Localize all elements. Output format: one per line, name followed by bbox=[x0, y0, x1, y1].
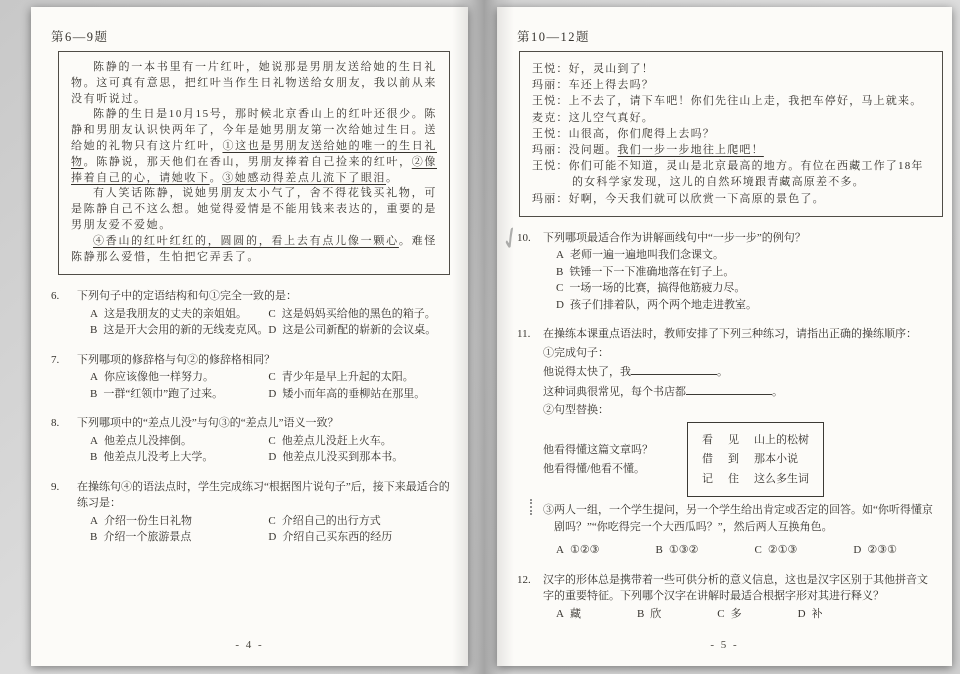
option-D: D补 bbox=[798, 606, 823, 623]
option-label: B bbox=[556, 266, 563, 278]
substitution-cell: 这么多生词 bbox=[754, 471, 809, 488]
substitution-word-box: 看见山上的松树借到那本小说记住这么多生词 bbox=[687, 422, 824, 498]
dialogue-line: 王悦：好，灵山到了！ bbox=[532, 61, 930, 77]
option-C: C多 bbox=[717, 606, 741, 623]
option-A: A藏 bbox=[556, 606, 581, 623]
dialogue-line: 王悦：山很高，你们爬得上去吗？ bbox=[532, 126, 930, 142]
substitution-cell: 山上的松树 bbox=[754, 432, 809, 449]
question-6: 6.下列句子中的定语结构和句①完全一致的是：A这是我朋友的丈夫的亲姐姐。B这是开… bbox=[51, 288, 454, 339]
option-A: A他差点儿没摔倒。 bbox=[90, 433, 268, 450]
option-label: C bbox=[268, 308, 275, 320]
question-stem: 汉字的形体总是携带着一些可供分析的意义信息，这也是汉字区别于其他拼音文字的重要特… bbox=[543, 572, 938, 605]
substitution-cell: 看 bbox=[702, 432, 713, 449]
option-label: B bbox=[637, 608, 644, 620]
question-7: 7.下列哪项的修辞格与句②的修辞格相同？A你应该像他一样努力。B一群“红领巾”跑… bbox=[51, 352, 454, 403]
option-D: D他差点儿没买到那本书。 bbox=[268, 449, 454, 466]
option-list: A这是我朋友的丈夫的亲姐姐。B这是开大会用的新的无线麦克风。C这是妈妈买给他的黑… bbox=[90, 306, 454, 339]
option-text: 一群“红领巾”跑了过来。 bbox=[103, 388, 223, 400]
option-list: A你应该像他一样努力。B一群“红领巾”跑了过来。C青少年是早上升起的太阳。D矮小… bbox=[90, 369, 454, 402]
section-header-left: 第6—9题 bbox=[51, 27, 468, 45]
page-5: ✓ 第10—12题 王悦：好，灵山到了！玛丽：车还上得去吗？王悦：上不去了，请下… bbox=[497, 7, 952, 666]
question-number: 12. bbox=[517, 572, 543, 623]
option-A: A老师一遍一遍地叫我们念课文。 bbox=[556, 247, 938, 264]
question-stem: 下列哪项的修辞格与句②的修辞格相同？ bbox=[77, 352, 454, 369]
option-C: C②①③ bbox=[754, 542, 797, 559]
option-label: B bbox=[90, 388, 97, 400]
option-label: A bbox=[556, 249, 564, 261]
option-text: ①③② bbox=[669, 544, 699, 556]
option-D: D介绍自己买东西的经历 bbox=[268, 529, 454, 546]
question-10: 10.下列哪项最适合作为讲解画线句中“一步一步”的例句？A老师一遍一遍地叫我们念… bbox=[517, 230, 938, 314]
option-D: D这是公司新配的崭新的会议桌。 bbox=[268, 322, 454, 339]
option-label: B bbox=[656, 544, 663, 556]
text-segment: 。 bbox=[386, 172, 399, 184]
substitution-cell: 住 bbox=[728, 471, 739, 488]
dialogue-passage-box: 王悦：好，灵山到了！玛丽：车还上得去吗？王悦：上不去了，请下车吧！你们先往山上走… bbox=[519, 51, 943, 217]
option-label: D bbox=[268, 324, 276, 336]
option-label: D bbox=[268, 388, 276, 400]
option-text: 青少年是早上升起的太阳。 bbox=[282, 371, 414, 383]
page-number-right: - 5 - bbox=[497, 639, 952, 651]
underlined-sentence: ③她感动得差点儿流下了眼泪 bbox=[222, 172, 386, 184]
substitution-row: 记住这么多生词 bbox=[702, 471, 809, 488]
option-text: 矮小而年高的垂柳站在那里。 bbox=[282, 388, 425, 400]
fill-in-post-text: 。 bbox=[772, 386, 783, 398]
option-text: 多 bbox=[731, 608, 742, 620]
underlined-sentence: 我们一步一步地往上爬吧！ bbox=[617, 144, 763, 156]
option-D: D②③① bbox=[853, 542, 897, 559]
question-11-part2-title: ②句型替换： bbox=[543, 402, 938, 419]
option-text: 孩子们排着队，两个两个地走进教室。 bbox=[570, 299, 757, 311]
option-A: A介绍一份生日礼物 bbox=[90, 513, 268, 530]
question-8: 8.下列哪项中的“差点儿没”与句③的“差点儿”语义一致？A他差点儿没摔倒。B他差… bbox=[51, 415, 454, 466]
fill-in-post-text: 。 bbox=[717, 366, 728, 378]
pattern-substitution-row: 他看得懂这篇文章吗？他看得懂/他看不懂。 看见山上的松树借到那本小说记住这么多生… bbox=[543, 422, 938, 498]
option-text: 他差点儿没买到那本书。 bbox=[282, 451, 403, 463]
option-label: A bbox=[90, 515, 98, 527]
question-11-answer-options: A①②③B①③②C②①③D②③① bbox=[556, 542, 938, 559]
substitution-cell: 借 bbox=[702, 451, 713, 468]
option-label: A bbox=[90, 371, 98, 383]
text-segment: 山很高，你们爬得上去吗？ bbox=[569, 128, 715, 140]
option-C: C介绍自己的出行方式 bbox=[268, 513, 454, 530]
text-segment: 上不去了，请下车吧！你们先往山上走，我把车停好，马上就来。 bbox=[569, 95, 923, 107]
option-label: B bbox=[90, 324, 97, 336]
speaker-label: 王悦： bbox=[532, 128, 569, 140]
substitution-cell: 见 bbox=[728, 432, 739, 449]
question-body: 下列哪项最适合作为讲解画线句中“一步一步”的例句？A老师一遍一遍地叫我们念课文。… bbox=[543, 230, 938, 314]
passage-paragraph: ④香山的红叶红红的，圆圆的，看上去有点儿像一颗心。难怪陈静那么爱惜，生怕把它弄丢… bbox=[71, 234, 437, 266]
option-B: B①③② bbox=[656, 542, 699, 559]
question-11-part1-title: ①完成句子： bbox=[543, 345, 938, 362]
section-header-right: 第10—12题 bbox=[517, 27, 952, 45]
option-text: 这是妈妈买给他的黑色的箱子。 bbox=[282, 308, 436, 320]
text-segment: 陈静的一本书里有一片红叶，她说那是男朋友送给她的生日礼物。这可真有意思，把红叶当… bbox=[71, 61, 437, 105]
text-segment: 好啊，今天我们就可以欣赏一下高原的景色了。 bbox=[569, 193, 825, 205]
option-list: A介绍一份生日礼物B介绍一个旅游景点C介绍自己的出行方式D介绍自己买东西的经历 bbox=[90, 513, 454, 546]
speaker-label: 王悦： bbox=[532, 63, 569, 75]
option-label: C bbox=[268, 435, 275, 447]
substitution-cell: 到 bbox=[728, 451, 739, 468]
question-body: 汉字的形体总是携带着一些可供分析的意义信息，这也是汉字区别于其他拼音文字的重要特… bbox=[543, 572, 938, 623]
option-text: 介绍自己的出行方式 bbox=[282, 515, 381, 527]
page-number-left: - 4 - bbox=[31, 639, 468, 651]
dialogue-line: 王悦：你们可能不知道，灵山是北京最高的地方。有位在西藏工作了18年的女科学家发现… bbox=[532, 158, 930, 190]
option-B: B铁锤一下一下准确地落在钉子上。 bbox=[556, 264, 938, 281]
option-C: C这是妈妈买给他的黑色的箱子。 bbox=[268, 306, 454, 323]
option-A: A你应该像他一样努力。 bbox=[90, 369, 268, 386]
text-segment: 这儿空气真好。 bbox=[569, 112, 654, 124]
option-label: C bbox=[556, 282, 563, 294]
question-stem: 下列哪项最适合作为讲解画线句中“一步一步”的例句？ bbox=[543, 230, 938, 247]
option-label: D bbox=[268, 451, 276, 463]
question-body: 下列句子中的定语结构和句①完全一致的是：A这是我朋友的丈夫的亲姐姐。B这是开大会… bbox=[77, 288, 454, 339]
text-segment: 好，灵山到了！ bbox=[569, 63, 654, 75]
option-text: 这是我朋友的丈夫的亲姐姐。 bbox=[104, 308, 247, 320]
option-label: A bbox=[556, 544, 564, 556]
fill-in-line: 他说得太快了，我。 bbox=[543, 363, 938, 381]
fill-in-pre-text: 这种词典很常见，每个书店都 bbox=[543, 386, 686, 398]
option-label: B bbox=[90, 451, 97, 463]
option-label: B bbox=[90, 531, 97, 543]
passage-paragraph: 陈静的一本书里有一片红叶，她说那是男朋友送给她的生日礼物。这可真有意思，把红叶当… bbox=[71, 60, 437, 107]
speaker-label: 麦克： bbox=[532, 112, 569, 124]
question-stem: 下列哪项中的“差点儿没”与句③的“差点儿”语义一致？ bbox=[77, 415, 454, 432]
blank-underline bbox=[631, 363, 717, 375]
option-label: A bbox=[90, 308, 98, 320]
question-11-part3: ③两人一组，一个学生提问，另一个学生给出肯定或否定的回答。如“你听得懂京剧吗？”… bbox=[543, 502, 938, 535]
option-label: C bbox=[717, 608, 724, 620]
pattern-sentence: 他看得懂/他看不懂。 bbox=[543, 461, 653, 478]
question-11-stem: 在操练本课重点语法时，教师安排了下列三种练习，请指出正确的操练顺序： bbox=[543, 326, 938, 343]
speaker-label: 王悦： bbox=[532, 95, 569, 107]
dialogue-line: 王悦：上不去了，请下车吧！你们先往山上走，我把车停好，马上就来。 bbox=[532, 93, 930, 109]
question-body: 在操练句④的语法点时，学生完成练习“根据图片说句子”后，接下来最适合的练习是：A… bbox=[77, 479, 454, 546]
passage-paragraph: 陈静的生日是10月15号，那时候北京香山上的红叶还很少。陈静和男朋友认识快两年了… bbox=[71, 107, 437, 186]
option-C: C他差点儿没赶上火车。 bbox=[268, 433, 454, 450]
dialogue-line: 麦克：这儿空气真好。 bbox=[532, 110, 930, 126]
option-list: A老师一遍一遍地叫我们念课文。B铁锤一下一下准确地落在钉子上。C一场一场的比赛，… bbox=[556, 247, 938, 313]
underlined-sentence: ④香山的红叶红红的，圆圆的，看上去有点儿像一颗心 bbox=[93, 235, 399, 247]
option-B: B这是开大会用的新的无线麦克风。 bbox=[90, 322, 268, 339]
option-text: 你应该像他一样努力。 bbox=[104, 371, 214, 383]
question-number: 6. bbox=[51, 288, 77, 339]
substitution-cell: 那本小说 bbox=[754, 451, 798, 468]
question-12: 12.汉字的形体总是携带着一些可供分析的意义信息，这也是汉字区别于其他拼音文字的… bbox=[517, 572, 938, 623]
passage-paragraph: 有人笑话陈静，说她男朋友太小气了，舍不得花钱买礼物，可是陈静自己不这么想。她觉得… bbox=[71, 186, 437, 233]
option-label: A bbox=[90, 435, 98, 447]
question-11: 11. 在操练本课重点语法时，教师安排了下列三种练习，请指出正确的操练顺序： ①… bbox=[517, 326, 938, 559]
speaker-label: 玛丽： bbox=[532, 193, 569, 205]
option-text: 他差点儿没摔倒。 bbox=[104, 435, 192, 447]
option-text: 藏 bbox=[570, 608, 581, 620]
option-text: 补 bbox=[812, 608, 823, 620]
blank-underline bbox=[686, 383, 772, 395]
text-segment: 有人笑话陈静，说她男朋友太小气了，舍不得花钱买礼物，可是陈静自己不这么想。她觉得… bbox=[71, 187, 437, 231]
substitution-row: 借到那本小说 bbox=[702, 451, 809, 468]
question-11-body: 在操练本课重点语法时，教师安排了下列三种练习，请指出正确的操练顺序： ①完成句子… bbox=[543, 326, 938, 559]
option-text: 他差点儿没赶上火车。 bbox=[282, 435, 392, 447]
option-C: C一场一场的比赛，搞得他筋疲力尽。 bbox=[556, 280, 938, 297]
option-A: A这是我朋友的丈夫的亲姐姐。 bbox=[90, 306, 268, 323]
scan-artifact bbox=[530, 499, 532, 515]
dialogue-line: 玛丽：没问题。我们一步一步地往上爬吧！ bbox=[532, 142, 930, 158]
option-text: ②③① bbox=[867, 544, 897, 556]
fill-in-blank-lines: 他说得太快了，我。这种词典很常见，每个书店都。 bbox=[543, 363, 938, 400]
text-segment: 。陈静说，那天他们在香山，男朋友捧着自己捡来的红叶， bbox=[84, 156, 412, 168]
substitution-cell: 记 bbox=[702, 471, 713, 488]
option-label: D bbox=[556, 299, 564, 311]
pattern-example-sentences: 他看得懂这篇文章吗？他看得懂/他看不懂。 bbox=[543, 439, 653, 481]
speaker-label: 王悦： bbox=[532, 160, 569, 172]
option-label: D bbox=[853, 544, 861, 556]
fill-in-line: 这种词典很常见，每个书店都。 bbox=[543, 383, 938, 401]
question-number: 9. bbox=[51, 479, 77, 546]
option-text: 介绍自己买东西的经历 bbox=[282, 531, 392, 543]
text-segment: 。 bbox=[210, 172, 223, 184]
option-D: D孩子们排着队，两个两个地走进教室。 bbox=[556, 297, 938, 314]
option-text: 这是公司新配的崭新的会议桌。 bbox=[282, 324, 436, 336]
option-text: 介绍一个旅游景点 bbox=[103, 531, 191, 543]
page-4: 第6—9题 陈静的一本书里有一片红叶，她说那是男朋友送给她的生日礼物。这可真有意… bbox=[31, 7, 468, 666]
option-label: D bbox=[798, 608, 806, 620]
option-B: B一群“红领巾”跑了过来。 bbox=[90, 386, 268, 403]
option-text: ①②③ bbox=[570, 544, 600, 556]
speaker-label: 玛丽： bbox=[532, 144, 569, 156]
option-label: A bbox=[556, 608, 564, 620]
option-text: 欣 bbox=[650, 608, 661, 620]
option-label: C bbox=[754, 544, 761, 556]
question-body: 下列哪项中的“差点儿没”与句③的“差点儿”语义一致？A他差点儿没摔倒。B他差点儿… bbox=[77, 415, 454, 466]
scanned-exam-spread: 第6—9题 陈静的一本书里有一片红叶，她说那是男朋友送给她的生日礼物。这可真有意… bbox=[0, 0, 960, 674]
pattern-sentence: 他看得懂这篇文章吗？ bbox=[543, 442, 653, 459]
text-segment: 没问题。 bbox=[569, 144, 618, 156]
question-body: 下列哪项的修辞格与句②的修辞格相同？A你应该像他一样努力。B一群“红领巾”跑了过… bbox=[77, 352, 454, 403]
option-label: D bbox=[268, 531, 276, 543]
text-segment: 车还上得去吗？ bbox=[569, 79, 654, 91]
question-11-number: 11. bbox=[517, 326, 543, 559]
speaker-label: 玛丽： bbox=[532, 79, 569, 91]
option-text: 介绍一份生日礼物 bbox=[104, 515, 192, 527]
option-B: B介绍一个旅游景点 bbox=[90, 529, 268, 546]
question-stem: 在操练句④的语法点时，学生完成练习“根据图片说句子”后，接下来最适合的练习是： bbox=[77, 479, 454, 512]
substitution-row: 看见山上的松树 bbox=[702, 432, 809, 449]
questions-10-12: 10.下列哪项最适合作为讲解画线句中“一步一步”的例句？A老师一遍一遍地叫我们念… bbox=[497, 230, 952, 623]
reading-passage-box: 陈静的一本书里有一片红叶，她说那是男朋友送给她的生日礼物。这可真有意思，把红叶当… bbox=[58, 51, 450, 275]
option-list: A藏B欣C多D补 bbox=[556, 606, 938, 623]
option-A: A①②③ bbox=[556, 542, 600, 559]
option-D: D矮小而年高的垂柳站在那里。 bbox=[268, 386, 454, 403]
dialogue-line: 玛丽：车还上得去吗？ bbox=[532, 77, 930, 93]
question-number: 8. bbox=[51, 415, 77, 466]
option-list: A他差点儿没摔倒。B他差点儿没考上大学。C他差点儿没赶上火车。D他差点儿没买到那… bbox=[90, 433, 454, 466]
option-text: 一场一场的比赛，搞得他筋疲力尽。 bbox=[569, 282, 745, 294]
questions-6-9: 6.下列句子中的定语结构和句①完全一致的是：A这是我朋友的丈夫的亲姐姐。B这是开… bbox=[31, 288, 468, 546]
option-text: 这是开大会用的新的无线麦克风。 bbox=[103, 324, 268, 336]
option-text: 铁锤一下一下准确地落在钉子上。 bbox=[569, 266, 734, 278]
dialogue-line: 玛丽：好啊，今天我们就可以欣赏一下高原的景色了。 bbox=[532, 191, 930, 207]
text-segment: 你们可能不知道，灵山是北京最高的地方。有位在西藏工作了18年的女科学家发现，这儿… bbox=[569, 160, 924, 188]
option-label: C bbox=[268, 515, 275, 527]
question-9: 9.在操练句④的语法点时，学生完成练习“根据图片说句子”后，接下来最适合的练习是… bbox=[51, 479, 454, 546]
option-B: B他差点儿没考上大学。 bbox=[90, 449, 268, 466]
option-text: 老师一遍一遍地叫我们念课文。 bbox=[570, 249, 724, 261]
question-number: 7. bbox=[51, 352, 77, 403]
option-text: 他差点儿没考上大学。 bbox=[103, 451, 213, 463]
fill-in-pre-text: 他说得太快了，我 bbox=[543, 366, 631, 378]
option-B: B欣 bbox=[637, 606, 661, 623]
option-C: C青少年是早上升起的太阳。 bbox=[268, 369, 454, 386]
option-text: ②①③ bbox=[768, 544, 798, 556]
question-stem: 下列句子中的定语结构和句①完全一致的是： bbox=[77, 288, 454, 305]
option-label: C bbox=[268, 371, 275, 383]
